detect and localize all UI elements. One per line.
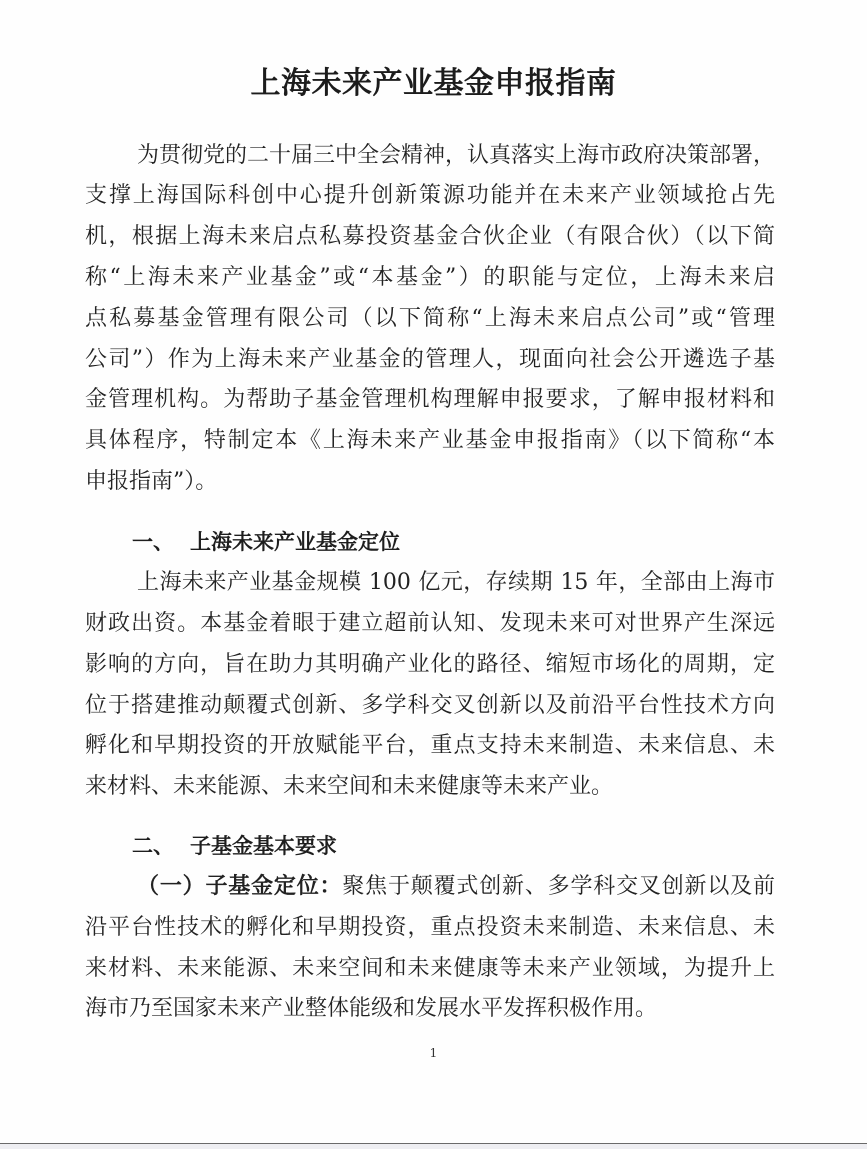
subsection-text: 聚焦于颠覆式创新、多学科交叉创新以及前 (342, 874, 775, 899)
paragraph-line: 点私募基金管理有限公司（以下简称“上海未来启点公司”或“管理 (85, 299, 775, 339)
paragraph-line: 具体程序，特制定本《上海未来产业基金申报指南》（以下简称“本 (85, 421, 775, 461)
paragraph-line: 申报指南”）。 (85, 462, 775, 502)
paragraph-line: 海市乃至国家未来产业整体能级和发展水平发挥积极作用。 (85, 989, 775, 1029)
paragraph-line: 来材料、未来能源、未来空间和未来健康等未来产业。 (85, 767, 775, 807)
paragraph-line: 沿平台性技术的孵化和早期投资，重点投资未来制造、未来信息、未 (85, 908, 775, 948)
paragraph-line: 影响的方向，旨在助力其明确产业化的路径、缩短市场化的周期，定 (85, 645, 775, 685)
subsection-first-line: （一）子基金定位：聚焦于颠覆式创新、多学科交叉创新以及前 (137, 867, 775, 907)
subsection-label: （一）子基金定位： (137, 874, 342, 899)
paragraph-line: 称“上海未来产业基金”或“本基金”）的职能与定位，上海未来启 (85, 258, 775, 298)
section-heading-2: 二、子基金基本要求 (132, 826, 337, 866)
paragraph-line: 公司”）作为上海未来产业基金的管理人，现面向社会公开遴选子基 (85, 340, 775, 380)
document-page: 上海未来产业基金申报指南 为贯彻党的二十届三中全会精神，认真落实上海市政府决策部… (0, 0, 867, 1143)
document-title: 上海未来产业基金申报指南 (0, 58, 867, 102)
section-number: 一、 (132, 530, 174, 554)
paragraph-line: 来材料、未来能源、未来空间和未来健康等未来产业领域，为提升上 (85, 949, 775, 989)
page-number: 1 (0, 1046, 867, 1060)
paragraph-line: 孵化和早期投资的开放赋能平台，重点支持未来制造、未来信息、未 (85, 726, 775, 766)
section-heading-text: 子基金基本要求 (190, 834, 337, 858)
paragraph-line: 位于搭建推动颠覆式创新、多学科交叉创新以及前沿平台性技术方向 (85, 686, 775, 726)
section-heading-1: 一、上海未来产业基金定位 (132, 522, 400, 562)
paragraph-line: 金管理机构。为帮助子基金管理机构理解申报要求，了解申报材料和 (85, 380, 775, 420)
page-bottom-edge (0, 1143, 867, 1149)
section-number: 二、 (132, 834, 174, 858)
paragraph-line: 上海未来产业基金规模 100 亿元，存续期 15 年，全部由上海市 (137, 563, 775, 603)
paragraph-line: 支撑上海国际科创中心提升创新策源功能并在未来产业领域抢占先 (85, 176, 775, 216)
paragraph-line: 为贯彻党的二十届三中全会精神，认真落实上海市政府决策部署， (137, 136, 775, 176)
section-heading-text: 上海未来产业基金定位 (190, 530, 400, 554)
paragraph-line: 财政出资。本基金着眼于建立超前认知、发现未来可对世界产生深远 (85, 604, 775, 644)
paragraph-line: 机，根据上海未来启点私募投资基金合伙企业（有限合伙）（以下简 (85, 217, 775, 257)
